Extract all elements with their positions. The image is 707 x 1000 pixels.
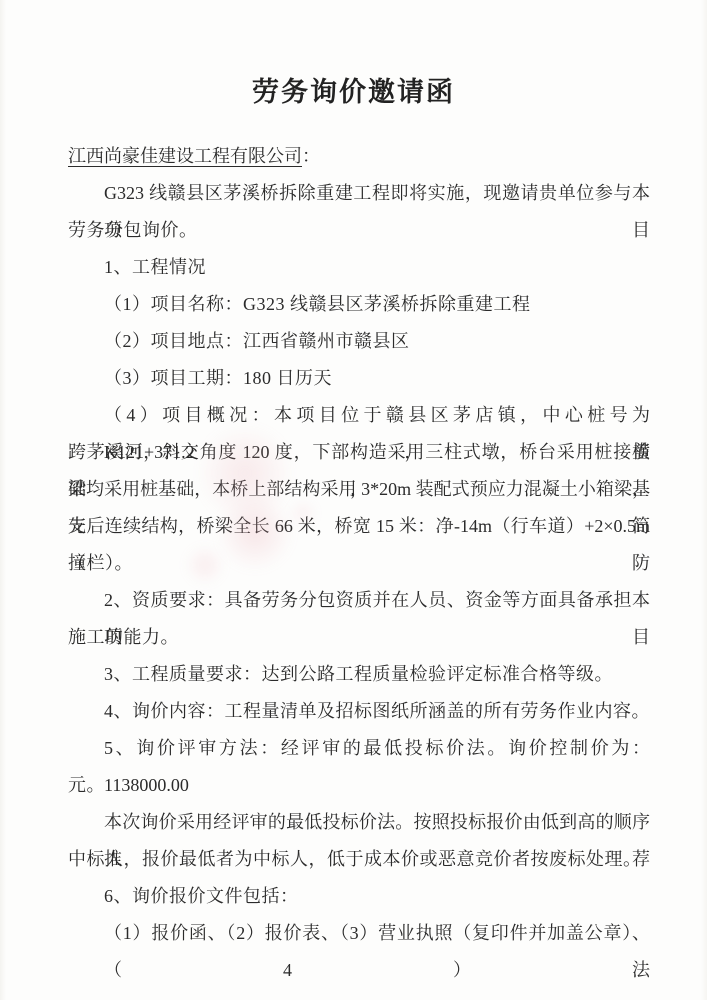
text-line: G323 线赣县区茅溪桥拆除重建工程即将实施，现邀请贵单位参与本项目 <box>68 175 650 212</box>
text-line: （4）项目概况：本项目位于赣县区茅店镇，中心桩号为 K121+371.2，横 <box>68 397 650 434</box>
text-line: 4、询价内容：工程量清单及招标图纸所涵盖的所有劳务作业内容。 <box>68 693 650 730</box>
salutation-line: 江西尚豪佳建设工程有限公司： <box>68 138 650 175</box>
text-line: 1、工程情况 <box>68 249 650 286</box>
text-line: 本次询价采用经评审的最低投标价法。按照投标报价由低到高的顺序推荐 <box>68 804 650 841</box>
text-line: 支后连续结构，桥梁全长 66 米，桥宽 15 米：净-14m（行车道）+2×0.… <box>68 508 650 545</box>
document-title: 劳务询价邀请函 <box>0 70 707 109</box>
recipient-company-name: 江西尚豪佳建设工程有限公司 <box>68 146 302 166</box>
text-line: （1）报价函、（2）报价表、（3）营业执照（复印件并加盖公章）、（4）法 <box>68 915 650 952</box>
text-line: 3、工程质量要求：达到公路工程质量检验评定标准合格等级。 <box>68 656 650 693</box>
document-body: 江西尚豪佳建设工程有限公司： G323 线赣县区茅溪桥拆除重建工程即将实施，现邀… <box>68 138 650 952</box>
text-line: 2、资质要求：具备劳务分包资质并在人员、资金等方面具备承担本项目 <box>68 582 650 619</box>
text-line: （2）项目地点：江西省赣州市赣县区 <box>68 323 650 360</box>
text-line: 中标人，报价最低者为中标人，低于成本价或恶意竞价者按废标处理。 <box>68 841 650 878</box>
text-line: 6、询价报价文件包括： <box>68 878 650 915</box>
text-line: 跨茅溪河，斜交角度 120 度，下部构造采用三柱式墩，桥台采用桩接盖梁，基 <box>68 434 650 471</box>
text-line: 5、询价评审方法：经评审的最低投标价法。询价控制价为：1138000.00 <box>68 730 650 767</box>
document-lines: G323 线赣县区茅溪桥拆除重建工程即将实施，现邀请贵单位参与本项目劳务分包询价… <box>68 175 650 952</box>
scanned-document-page: 劳务询价邀请函 江西尚豪佳建设工程有限公司： G323 线赣县区茅溪桥拆除重建工… <box>0 0 707 1000</box>
text-line: （1）项目名称：G323 线赣县区茅溪桥拆除重建工程 <box>68 286 650 323</box>
text-line: （3）项目工期：180 日历天 <box>68 360 650 397</box>
text-line: 础均采用桩基础，本桥上部结构采用 3*20m 装配式预应力混凝土小箱梁，先简 <box>68 471 650 508</box>
salutation-colon: ： <box>302 146 320 166</box>
